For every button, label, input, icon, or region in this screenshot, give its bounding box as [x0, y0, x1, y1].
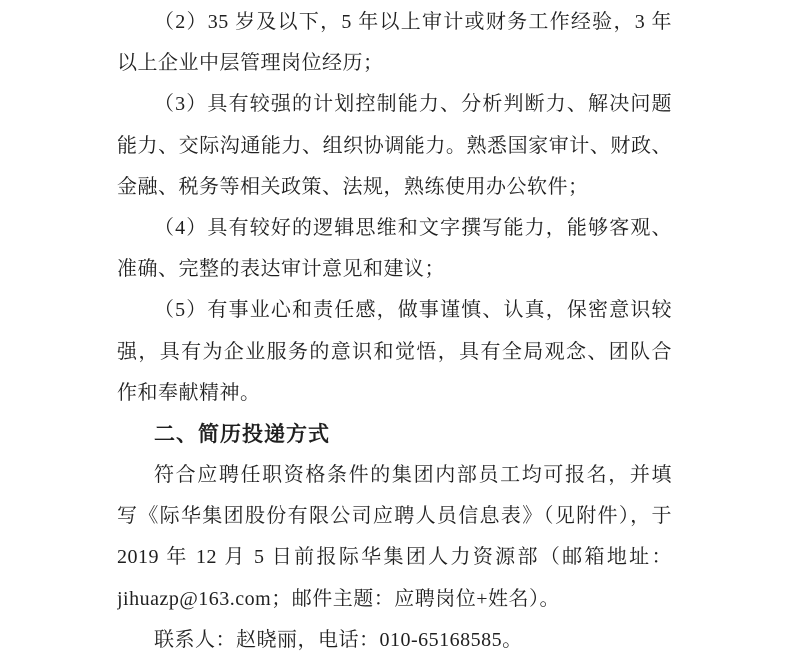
text-line: 准确、完整的表达审计意见和建议； — [117, 249, 672, 290]
text-line: 以上企业中层管理岗位经历； — [117, 43, 672, 84]
section-heading: 二、简历投递方式 — [117, 414, 672, 455]
text-line: （5）有事业心和责任感，做事谨慎、认真，保密意识较 — [117, 290, 672, 331]
text-line: 2019 年 12 月 5 日前报际华集团人力资源部（邮箱地址： — [117, 537, 672, 578]
text-line: （2）35 岁及以下，5 年以上审计或财务工作经验，3 年 — [117, 2, 672, 43]
text-line: （3）具有较强的计划控制能力、分析判断力、解决问题 — [117, 84, 672, 125]
text-line: 能力、交际沟通能力、组织协调能力。熟悉国家审计、财政、 — [117, 126, 672, 167]
text-line: 金融、税务等相关政策、法规，熟练使用办公软件； — [117, 167, 672, 208]
document-page: （2）35 岁及以下，5 年以上审计或财务工作经验，3 年 以上企业中层管理岗位… — [0, 0, 789, 668]
text-line: 作和奉献精神。 — [117, 373, 672, 414]
text-line: 写《际华集团股份有限公司应聘人员信息表》（见附件），于 — [117, 496, 672, 537]
text-line: 强，具有为企业服务的意识和觉悟，具有全局观念、团队合 — [117, 332, 672, 373]
contact-line: 联系人：赵晓丽，电话：010-65168585。 — [117, 620, 672, 661]
text-line: jihuazp@163.com；邮件主题：应聘岗位+姓名）。 — [117, 579, 672, 620]
text-line: 符合应聘任职资格条件的集团内部员工均可报名，并填 — [117, 455, 672, 496]
text-line: （4）具有较好的逻辑思维和文字撰写能力，能够客观、 — [117, 208, 672, 249]
